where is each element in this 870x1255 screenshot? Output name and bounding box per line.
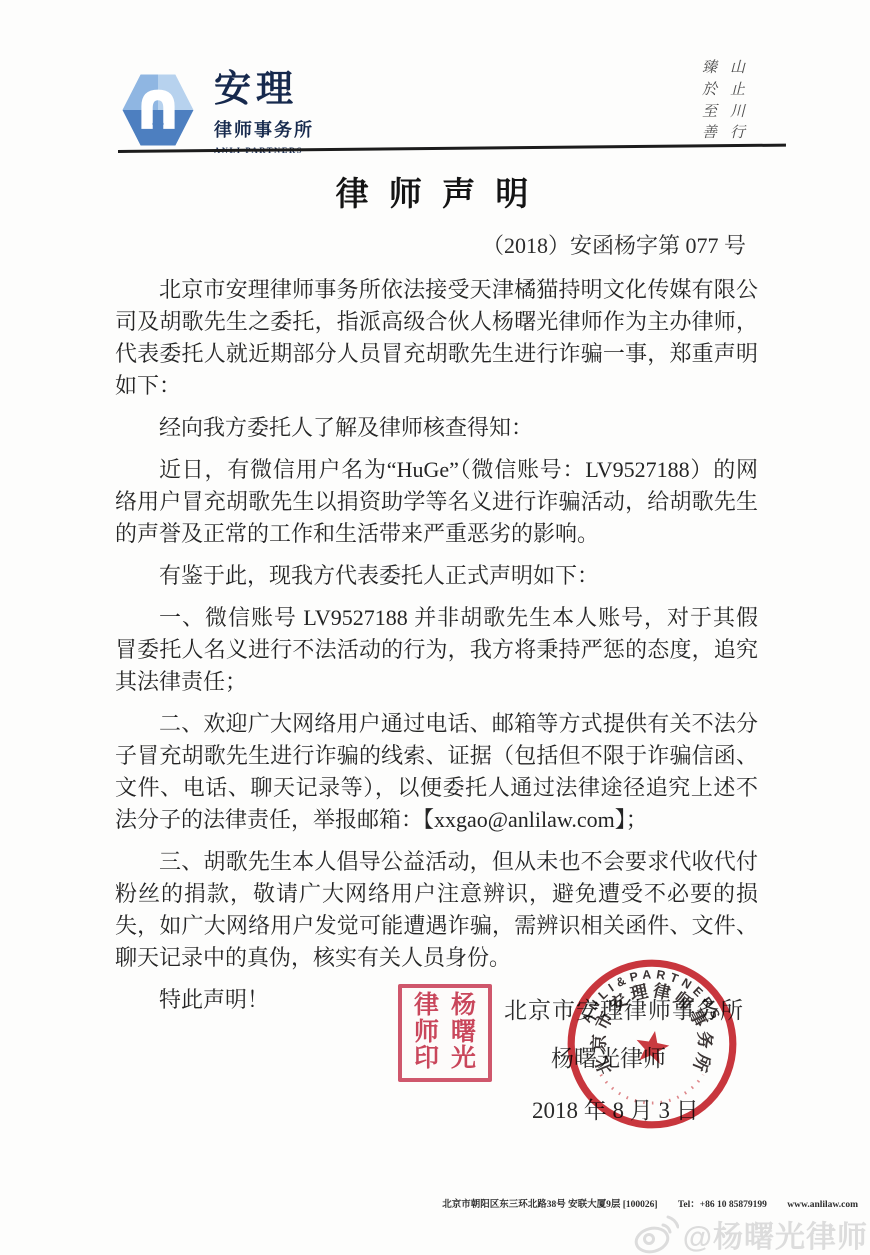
firm-round-seal: ANLI&PARTNERS 北京市安理律师事务所 — [564, 956, 740, 1132]
seal-column-title: 律师印 — [414, 993, 439, 1073]
watermark-handle: @杨曙光律师 — [683, 1212, 868, 1255]
calligraphy-motto: 山止川行 臻於至善 — [702, 58, 745, 145]
seal-serial-dots — [601, 1075, 703, 1103]
page-title: 律 师 声 明 — [0, 168, 870, 215]
paragraph-item-2: 二、欢迎广大网络用户通过电话、邮箱等方式提供有关不法分子冒充胡歌先生进行诈骗的线… — [115, 708, 758, 836]
lawyer-name-seal: 杨曙光 律师印 — [398, 984, 492, 1082]
anli-logo-text: 安理 律师事务所 ANLI PARTNERS — [214, 70, 314, 155]
footer-telephone: Tel：+86 10 85879199 — [678, 1200, 767, 1210]
statement-body: 北京市安理律师事务所依法接受天津橘猫持明文化传媒有限公司及胡歌先生之委托，指派高… — [115, 274, 758, 1026]
paragraph-item-3: 三、胡歌先生本人倡导公益活动，但从未也不会要求代收代付粉丝的捐款，敬请广大网络用… — [115, 846, 758, 974]
seal-star-icon — [633, 1028, 671, 1065]
paragraph-intro: 北京市安理律师事务所依法接受天津橘猫持明文化传媒有限公司及胡歌先生之委托，指派高… — [115, 274, 758, 402]
weibo-logo-icon — [633, 1213, 679, 1255]
paragraph-verification: 经向我方委托人了解及律师核查得知： — [115, 412, 758, 444]
footer-website: www.anlilaw.com — [787, 1200, 858, 1210]
firm-name-cn: 安理 — [214, 70, 314, 111]
paragraph-item-1: 一、微信账号 LV9527188 并非胡歌先生本人账号，对于其假冒委托人名义进行… — [115, 602, 758, 698]
paragraph-declare-lead: 有鉴于此，现我方代表委托人正式声明如下： — [115, 560, 758, 592]
paragraph-incident: 近日，有微信用户名为“HuGe”（微信账号：LV9527188）的网络用户冒充胡… — [115, 454, 758, 550]
motto-column-right: 山止川行 — [730, 58, 745, 145]
anli-logo-icon — [120, 70, 196, 150]
firm-name-sub: 律师事务所 — [214, 116, 314, 142]
letterhead-footer: 北京市朝阳区东三环北路38号 安联大厦9层 [100026] Tel：+86 1… — [0, 1196, 858, 1210]
weibo-watermark: @杨曙光律师 — [633, 1212, 868, 1255]
seal-column-name: 杨曙光 — [451, 993, 476, 1073]
document-number: （2018）安函杨字第 077 号 — [482, 229, 746, 260]
motto-column-left: 臻於至善 — [702, 58, 717, 145]
footer-address: 北京市朝阳区东三环北路38号 安联大厦9层 [100026] — [442, 1200, 657, 1210]
lawyer-statement-document: 安理 律师事务所 ANLI PARTNERS 山止川行 臻於至善 律 师 声 明… — [0, 0, 870, 1255]
